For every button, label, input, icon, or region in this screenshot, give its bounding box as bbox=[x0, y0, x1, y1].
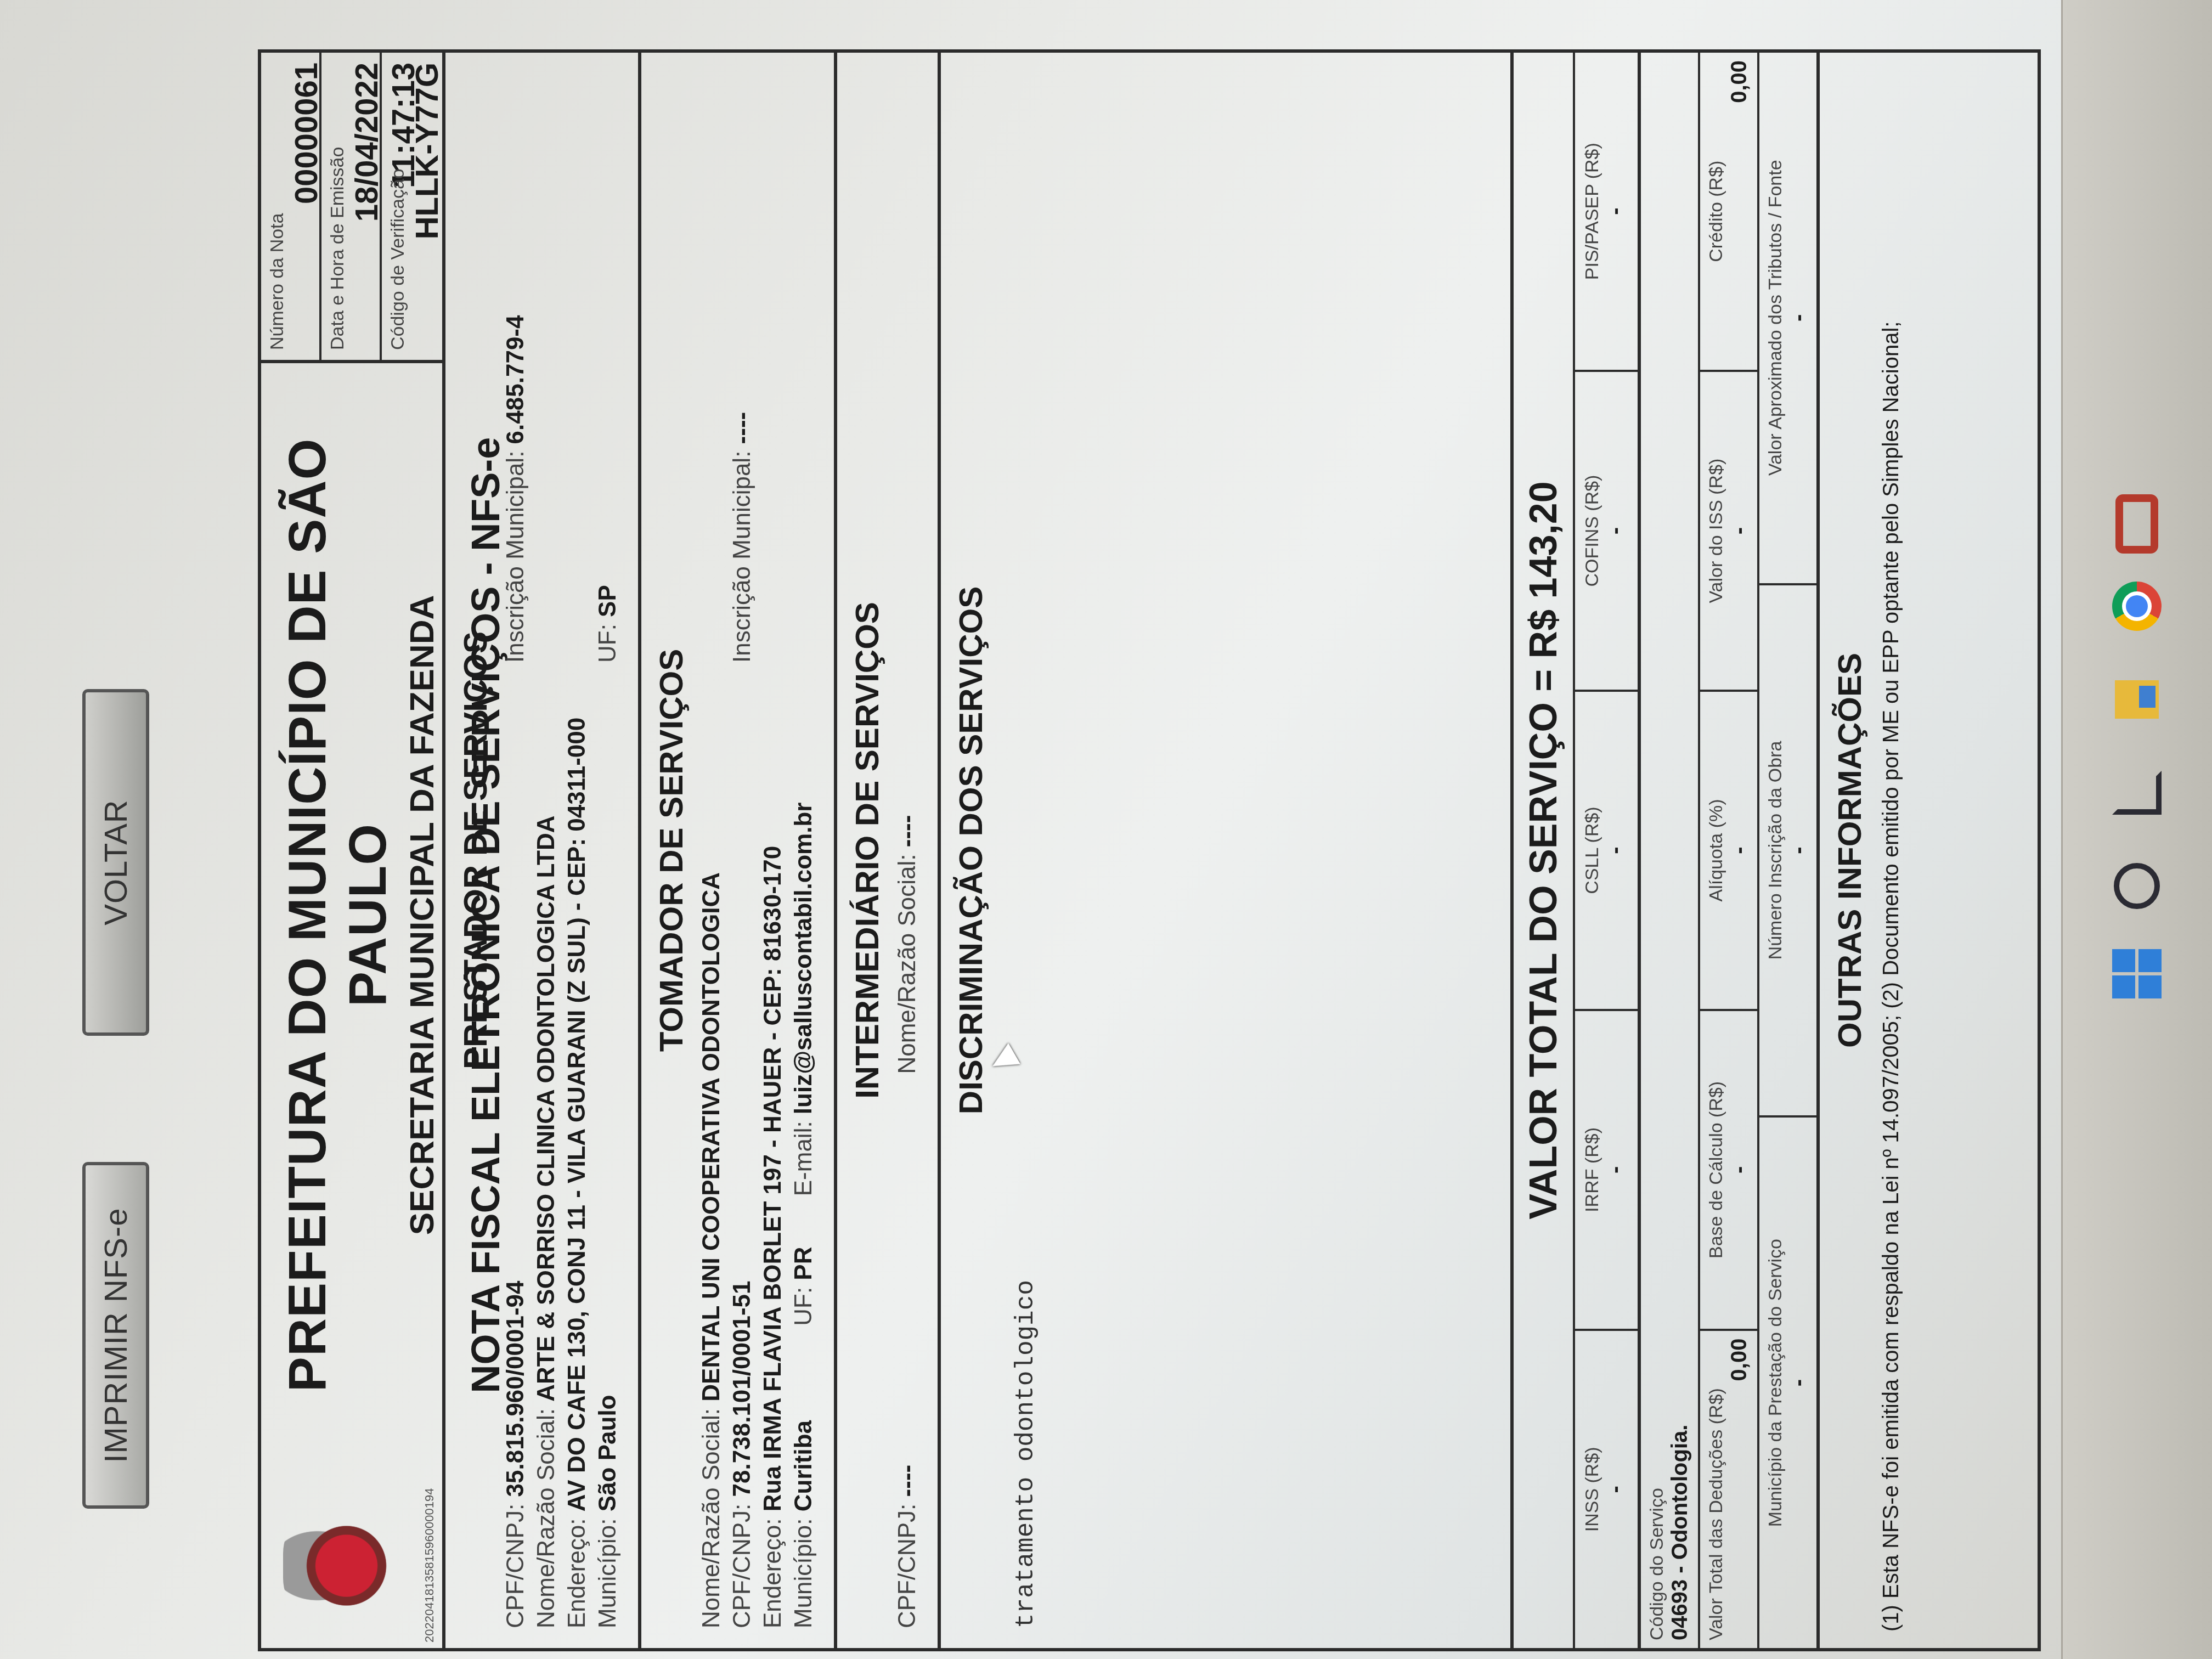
tomador-nome: Nome/Razão Social: DENTAL UNI COOPERATIV… bbox=[698, 72, 725, 1628]
outras-text: (1) Esta NFS-e foi emitida com respaldo … bbox=[1876, 69, 1906, 1632]
credito: Crédito (R$)0,00 bbox=[1700, 53, 1757, 370]
tax-cofins: COFINS (R$)- bbox=[1575, 370, 1638, 689]
prefeitura-title: PREFEITURA DO MUNICÍPIO DE SÃO PAULO bbox=[278, 363, 398, 1467]
windows-start-icon[interactable] bbox=[2107, 944, 2167, 1004]
note-number: Número da Nota 00000061 bbox=[261, 53, 321, 360]
tributos-aprox: Valor Aproximado dos Tributos / Fonte- bbox=[1759, 53, 1816, 583]
base-calculo: Base de Cálculo (R$)- bbox=[1700, 1009, 1757, 1328]
nfse-page: 20220418135815960000194 PREFEITURA DO MU… bbox=[258, 49, 2041, 1651]
sao-paulo-coat-of-arms-icon bbox=[283, 1505, 398, 1626]
tomador-section: TOMADOR DE SERVIÇOS Nome/Razão Social: D… bbox=[641, 53, 837, 1648]
prestador-endereco: Endereço: AV DO CAFE 130, CONJ 11 - VILA… bbox=[563, 72, 591, 1628]
taxes-row: INSS (R$)- IRRF (R$)- CSLL (R$)- COFINS … bbox=[1575, 53, 1641, 1648]
intermediario-data: CPF/CNPJ: ---- Nome/Razão Social: ---- bbox=[894, 72, 921, 1628]
prestador-im: 6.485.779-4 bbox=[502, 315, 529, 444]
municipio-row: Município da Prestação do Serviço- Númer… bbox=[1759, 53, 1820, 1648]
search-icon[interactable] bbox=[2107, 856, 2167, 916]
title-cell: PREFEITURA DO MUNICÍPIO DE SÃO PAULO SEC… bbox=[261, 363, 442, 1467]
tax-inss: INSS (R$)- bbox=[1575, 1329, 1638, 1648]
prestador-municipio: Município: São Paulo UF: SP bbox=[594, 72, 622, 1628]
tax-pis-pasep: PIS/PASEP (R$)- bbox=[1575, 53, 1638, 370]
tomador-municipio: Município: Curitiba UF: PR E-mail: luiz@… bbox=[790, 72, 817, 1628]
tomador-endereco: Endereço: Rua IRMA FLAVIA BORLET 197 - H… bbox=[759, 72, 787, 1628]
valor-iss: Valor do ISS (R$)- bbox=[1700, 370, 1757, 689]
logo-code: 20220418135815960000194 bbox=[422, 1488, 437, 1643]
back-button[interactable]: VOLTAR bbox=[82, 689, 149, 1036]
issue-datetime: Data e Hora de Emissão 18/04/2022 11:47:… bbox=[321, 53, 382, 360]
file-explorer-icon[interactable] bbox=[2107, 669, 2167, 730]
iss-row: Valor Total das Deduções (R$)0,00 Base d… bbox=[1700, 53, 1759, 1648]
totals-section: VALOR TOTAL DO SERVIÇO = R$ 143,20 INSS … bbox=[1514, 53, 1820, 1648]
logo-cell: 20220418135815960000194 bbox=[261, 1467, 442, 1648]
tomador-title: TOMADOR DE SERVIÇOS bbox=[652, 72, 690, 1628]
secretaria-subtitle: SECRETARIA MUNICIPAL DA FAZENDA bbox=[403, 363, 442, 1467]
aliquota: Alíquota (%)- bbox=[1700, 690, 1757, 1009]
nfse-document-rotated: IMPRIMIR NFS-e VOLTAR 202204181358159600… bbox=[258, 49, 2041, 1651]
tax-irrf: IRRF (R$)- bbox=[1575, 1009, 1638, 1328]
tomador-uf: PR bbox=[790, 1247, 817, 1280]
windows-taskbar bbox=[2061, 0, 2212, 1659]
valor-total: VALOR TOTAL DO SERVIÇO = R$ 143,20 bbox=[1514, 53, 1575, 1648]
prestador-cnpj: CPF/CNPJ: 35.815.960/0001-94 Inscrição M… bbox=[502, 72, 529, 1628]
inscricao-obra: Número Inscrição da Obra- bbox=[1759, 583, 1816, 1116]
outras-informacoes: OUTRAS INFORMAÇÕES (1) Esta NFS-e foi em… bbox=[1820, 53, 1922, 1648]
intermediario-title: INTERMEDIÁRIO DE SERVIÇOS bbox=[848, 72, 886, 1628]
prestador-section: PRESTADOR DE SERVIÇOS CPF/CNPJ: 35.815.9… bbox=[445, 53, 641, 1648]
note-info: Número da Nota 00000061 Data e Hora de E… bbox=[261, 53, 442, 363]
print-nfse-button[interactable]: IMPRIMIR NFS-e bbox=[82, 1162, 149, 1509]
municipio-prestacao: Município da Prestação do Serviço- bbox=[1759, 1115, 1816, 1648]
document-header: 20220418135815960000194 PREFEITURA DO MU… bbox=[261, 53, 445, 1648]
tomador-email: luiz@salluscontabil.com.br bbox=[790, 803, 817, 1115]
service-code-row: Código do Serviço 04693 - Odontologia. bbox=[1641, 53, 1700, 1648]
office-icon[interactable] bbox=[2107, 494, 2167, 554]
codigo-servico: Código do Serviço 04693 - Odontologia. bbox=[1641, 53, 1698, 1648]
tax-csll: CSLL (R$)- bbox=[1575, 690, 1638, 1009]
discriminacao-title: DISCRIMINAÇÃO DOS SERVIÇOS bbox=[952, 72, 990, 1628]
tomador-im: ---- bbox=[729, 412, 755, 444]
prestador-title: PRESTADOR DE SERVIÇOS bbox=[456, 72, 494, 1628]
tomador-cnpj: CPF/CNPJ: 78.738.101/0001-51 Inscrição M… bbox=[729, 72, 756, 1628]
task-view-icon[interactable] bbox=[2107, 763, 2167, 823]
chrome-icon[interactable] bbox=[2107, 576, 2167, 636]
intermediario-section: INTERMEDIÁRIO DE SERVIÇOS CPF/CNPJ: ----… bbox=[837, 53, 941, 1648]
discriminacao-text: tratamento odontologico bbox=[1012, 72, 1040, 1628]
outras-title: OUTRAS INFORMAÇÕES bbox=[1831, 69, 1869, 1632]
toolbar: IMPRIMIR NFS-e VOLTAR bbox=[82, 689, 149, 1509]
discriminacao-section: DISCRIMINAÇÃO DOS SERVIÇOS tratamento od… bbox=[941, 53, 1514, 1648]
prestador-nome: Nome/Razão Social: ARTE & SORRISO CLINIC… bbox=[533, 72, 560, 1628]
prestador-uf: SP bbox=[594, 585, 621, 617]
deducoes: Valor Total das Deduções (R$)0,00 bbox=[1700, 1329, 1757, 1648]
